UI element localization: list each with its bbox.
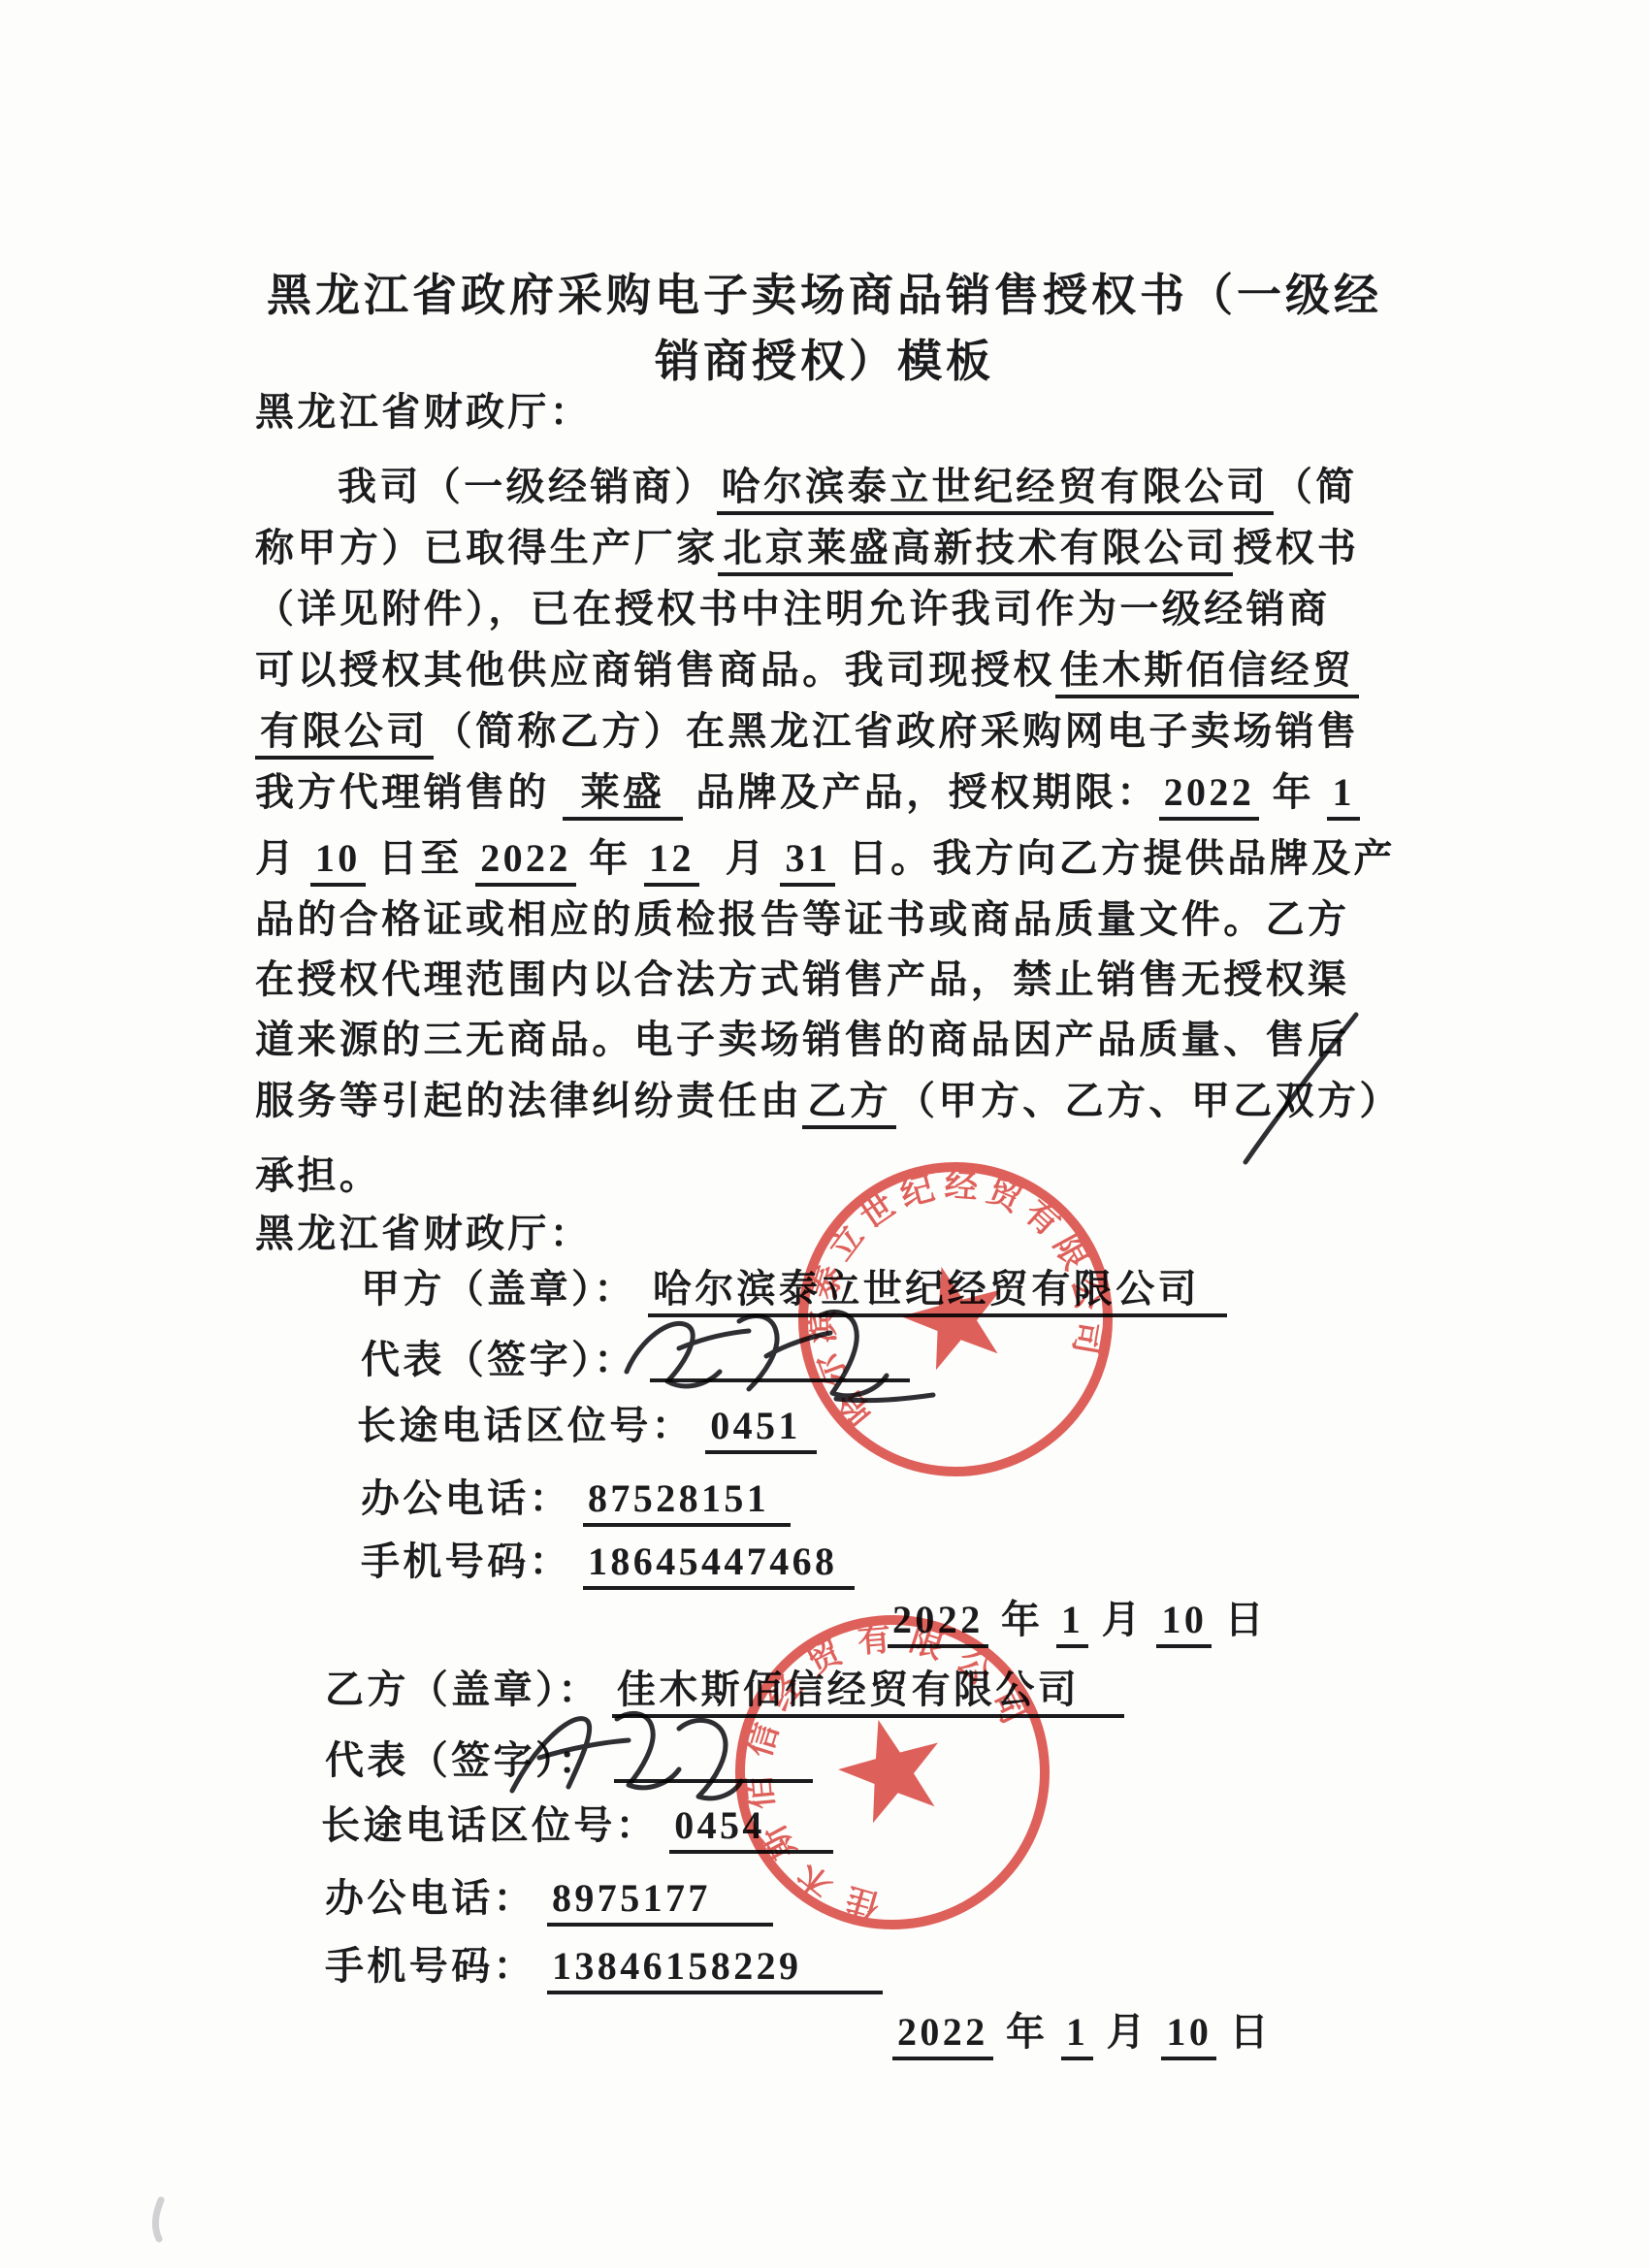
party-b-mobile-value: 13846158229 xyxy=(547,1944,883,1994)
section-heading: 黑龙江省财政厅： xyxy=(255,1212,592,1256)
seal-star-icon xyxy=(891,1253,1017,1375)
body-line: 我司（一级经销商）哈尔滨泰立世纪经贸有限公司（简 xyxy=(338,465,1358,509)
body-text: 日至 xyxy=(366,836,476,880)
date-unit: 日 xyxy=(1212,1598,1267,1641)
date-year: 2022 xyxy=(892,2010,993,2060)
body-line: 可以授权其他供应商销售商品。我司现授权佳木斯佰信经贸 xyxy=(255,648,1359,693)
party-a-seal-label: 甲方（盖章）： xyxy=(361,1267,636,1311)
underlined-text: 31 xyxy=(780,836,835,887)
date-month: 1 xyxy=(1061,2010,1093,2060)
party-b-sign-label: 代表（签字）： xyxy=(325,1738,600,1782)
scan-artifact xyxy=(155,2200,161,2239)
party-b-office-label: 办公电话： xyxy=(325,1876,535,1920)
date-unit: 年 xyxy=(993,2010,1061,2054)
document-title-line-2: 销商授权）模板 xyxy=(0,326,1649,390)
company-seal-party-b: 佳木斯佰信经贸有限公司 xyxy=(718,1598,1067,1947)
party-a-area-label: 长途电话区位号： xyxy=(357,1404,694,1447)
body-text: 道来源的三无商品。电子卖场销售的商品因产品质量、售后 xyxy=(255,1018,1349,1061)
underlined-text: 乙方 xyxy=(802,1079,896,1129)
underlined-text: 12 xyxy=(644,836,699,887)
underlined-text: 莱盛 xyxy=(563,770,683,821)
party-b-area-label: 长途电话区位号： xyxy=(321,1803,658,1847)
body-text: （详见附件），已在授权书中注明允许我司作为一级经销商 xyxy=(255,587,1330,631)
body-text: 月 xyxy=(255,836,310,880)
body-line: 月 10 日至 2022 年 12 月 31 日。我方向乙方提供品牌及产 xyxy=(255,836,1396,881)
body-text: 授权书 xyxy=(1233,526,1359,569)
body-line: 品的合格证或相应的质检报告等证书或商品质量文件。乙方 xyxy=(255,897,1349,942)
body-text: 我司（一级经销商） xyxy=(338,465,717,508)
body-text: （简称乙方）在黑龙江省政府采购网电子卖场销售 xyxy=(434,709,1360,753)
party-a-mobile-value: 18645447468 xyxy=(583,1539,855,1590)
body-line: 有限公司（简称乙方）在黑龙江省政府采购网电子卖场销售 xyxy=(255,709,1359,754)
body-text: 年 xyxy=(576,836,644,880)
party-b-office-row: 办公电话：8975177 xyxy=(325,1876,773,1921)
body-text: 日。我方向乙方提供品牌及产 xyxy=(835,836,1396,880)
date-unit: 月 xyxy=(1088,1598,1156,1641)
party-b-mobile-row: 手机号码：13846158229 xyxy=(325,1944,883,1989)
underlined-text: 有限公司 xyxy=(255,709,434,760)
body-text: 我方代理销售的 xyxy=(255,770,563,814)
body-text: 品的合格证或相应的质检报告等证书或商品质量文件。乙方 xyxy=(255,897,1349,941)
body-text: 可以授权其他供应商销售商品。我司现授权 xyxy=(255,648,1055,692)
date-unit: 月 xyxy=(1093,2010,1161,2054)
party-a-mobile-row: 手机号码：18645447468 xyxy=(361,1539,855,1584)
underlined-text: 2022 xyxy=(475,836,576,887)
body-line: 我方代理销售的 莱盛 品牌及产品，授权期限：2022 年 1 xyxy=(255,770,1360,815)
party-a-area-row: 长途电话区位号：0451 xyxy=(357,1404,817,1448)
body-line: 道来源的三无商品。电子卖场销售的商品因产品质量、售后 xyxy=(255,1018,1349,1062)
body-text: 年 xyxy=(1259,770,1327,814)
body-text: 服务等引起的法律纠纷责任由 xyxy=(255,1079,802,1122)
party-a-mobile-label: 手机号码： xyxy=(361,1539,571,1583)
body-line: （详见附件），已在授权书中注明允许我司作为一级经销商 xyxy=(255,587,1330,632)
party-b-seal-label: 乙方（盖章）： xyxy=(325,1668,600,1711)
underlined-text: 2022 xyxy=(1159,770,1260,821)
party-a-sign-label: 代表（签字）： xyxy=(361,1338,636,1381)
body-line: 服务等引起的法律纠纷责任由乙方（甲方、乙方、甲乙双方） xyxy=(255,1079,1402,1123)
party-a-office-value: 87528151 xyxy=(583,1476,791,1527)
document-title-line-1: 黑龙江省政府采购电子卖场商品销售授权书（一级经 xyxy=(0,260,1649,324)
body-text: 承担。 xyxy=(255,1153,381,1197)
date-day: 10 xyxy=(1161,2010,1216,2060)
body-line: 在授权代理范围内以合法方式销售产品，禁止销售无授权渠 xyxy=(255,957,1349,1002)
underlined-text: 佳木斯佰信经贸 xyxy=(1055,648,1360,698)
party-a-office-row: 办公电话：87528151 xyxy=(361,1476,791,1521)
date-unit: 日 xyxy=(1216,2010,1272,2054)
body-line: 称甲方）已取得生产厂家北京莱盛高新技术有限公司授权书 xyxy=(255,526,1359,570)
body-text: 月 xyxy=(699,836,781,880)
seal-star-icon xyxy=(828,1706,954,1828)
body-text: 在授权代理范围内以合法方式销售产品，禁止销售无授权渠 xyxy=(255,957,1349,1001)
salutation: 黑龙江省财政厅： xyxy=(255,390,592,435)
underlined-text: 北京莱盛高新技术有限公司 xyxy=(718,526,1233,576)
party-b-mobile-label: 手机号码： xyxy=(325,1944,535,1988)
body-text: 称甲方）已取得生产厂家 xyxy=(255,526,718,569)
date-day: 10 xyxy=(1156,1598,1212,1648)
scanned-document-page: 黑龙江省政府采购电子卖场商品销售授权书（一级经 销商授权）模板 黑龙江省财政厅：… xyxy=(0,0,1649,2268)
company-seal-party-a: 哈尔滨泰立世纪经贸有限公司 xyxy=(781,1145,1130,1494)
body-text: （简 xyxy=(1274,465,1358,508)
party-a-office-label: 办公电话： xyxy=(361,1476,571,1520)
underlined-text: 哈尔滨泰立世纪经贸有限公司 xyxy=(717,465,1274,515)
underlined-text: 1 xyxy=(1327,770,1359,821)
underlined-text: 10 xyxy=(310,836,366,887)
body-line: 承担。 xyxy=(255,1153,381,1198)
body-text: 品牌及产品，授权期限： xyxy=(683,770,1159,814)
body-text: （甲方、乙方、甲乙双方） xyxy=(896,1079,1402,1122)
party-b-date: 2022 年 1 月 10 日 xyxy=(892,2010,1272,2055)
